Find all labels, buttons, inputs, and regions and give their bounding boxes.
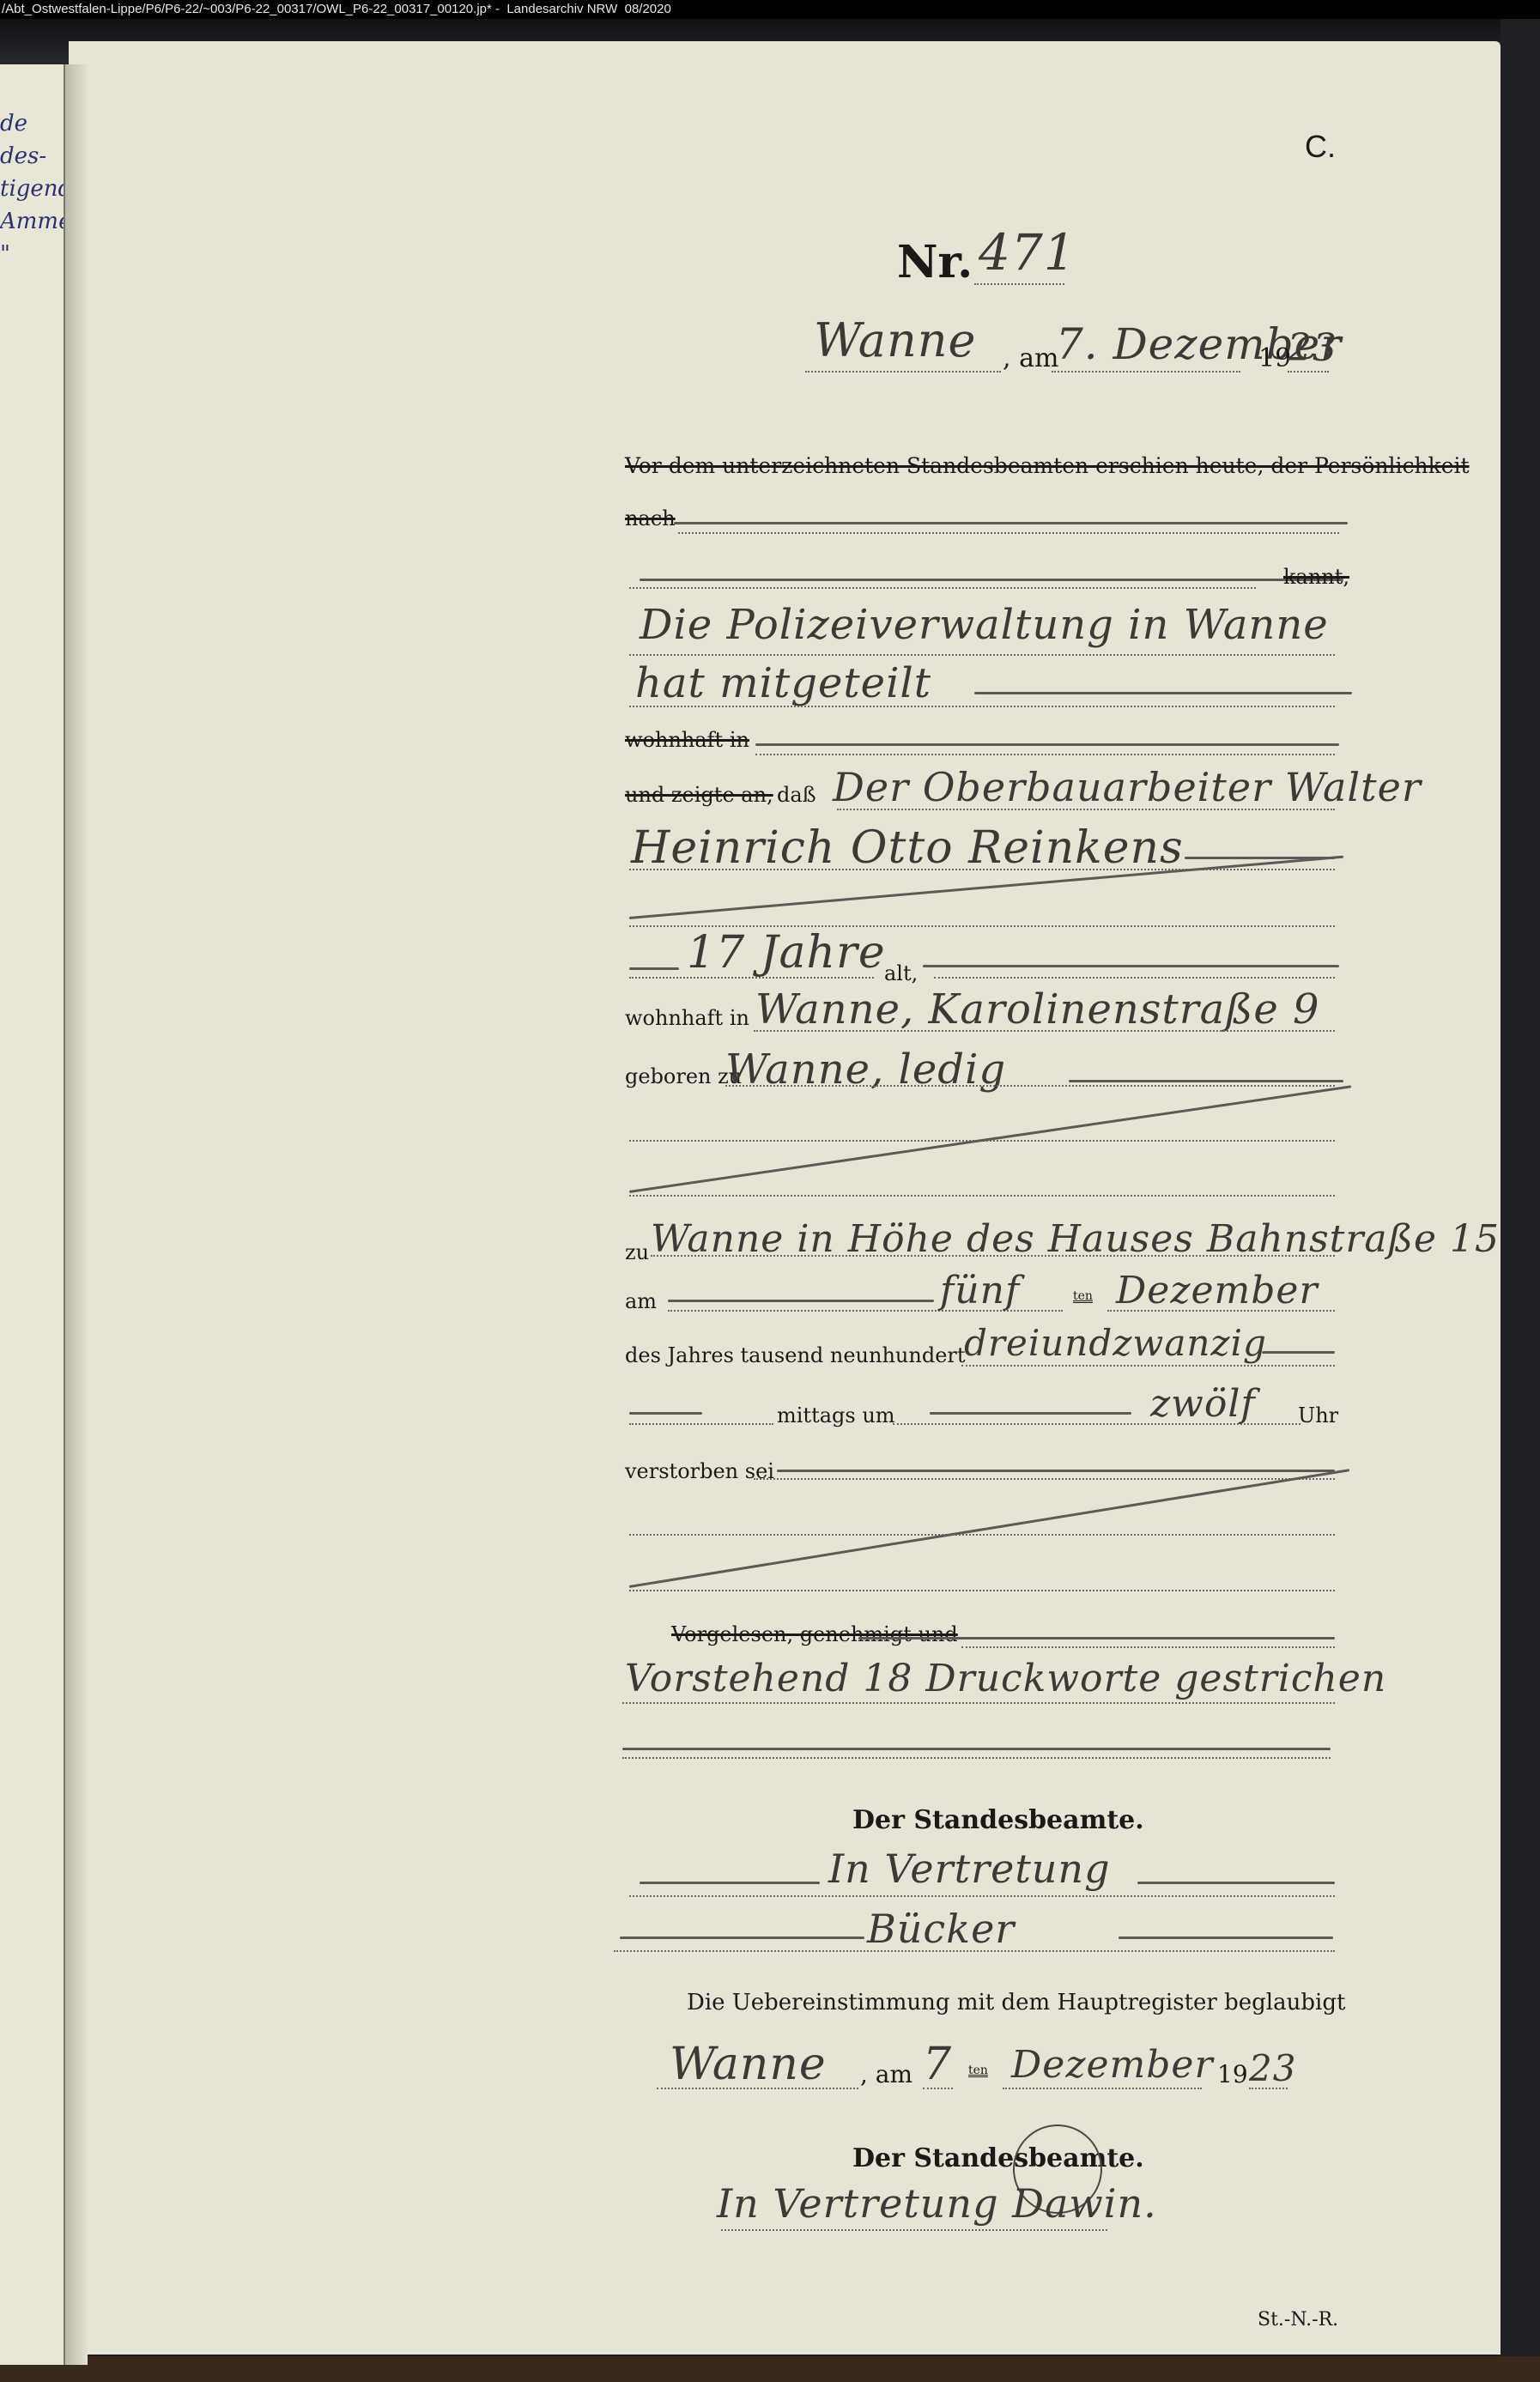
left-margin-line: de [0,107,64,140]
deceased-line-1: Der Oberbauarbeiter Walter [833,764,1422,810]
cert-place: Wanne [670,2039,827,2090]
field-line [1249,2088,1288,2089]
official-title: Der Standesbeamte. [852,1805,1144,1835]
strike-rule [858,1637,1335,1640]
left-margin-line: tigend [0,173,64,205]
field-line [961,1365,1335,1367]
field-line [629,1534,1335,1536]
strike-rule [1119,1937,1333,1939]
field-line [678,532,1339,534]
verstorben-label: verstorben sei [625,1459,774,1483]
informant-line-2: hat mitgeteilt [635,659,931,707]
intro-struck-text: Vor dem unterzeichneten Standesbeamten e… [625,453,1470,478]
field-line [622,1702,1335,1704]
death-year-value: dreiundzwanzig [964,1322,1267,1364]
residence-value: Wanne, Karolinenstraße 9 [755,985,1320,1033]
cert-month: Dezember [1011,2043,1214,2087]
am-date-label: am [625,1289,657,1313]
correction-note: Vorstehend 18 Druckworte gestrichen [625,1657,1386,1700]
field-line [629,977,874,979]
strike-rule [668,1300,934,1302]
ten-label: ten [1073,1289,1093,1303]
strike-rule [674,522,1348,524]
strike-rule [640,1882,820,1884]
death-hour-value: zwölf [1150,1382,1256,1426]
jahres-label: des Jahres tausend neunhundert [625,1343,966,1367]
field-line [754,1030,1335,1032]
cert-year-prefix: 19 [1217,2060,1248,2088]
scan-background-bottom [0,2356,1540,2382]
zu-label: zu [625,1240,649,1264]
field-line [629,869,1335,870]
age-value: 17 Jahre [687,927,886,979]
strike-rule [629,1412,702,1415]
place-field-line [805,371,1001,373]
field-line [725,1085,1335,1087]
field-line [629,654,1335,656]
window-title-bar: /Abt_Ostwestfalen-Lippe/P6/P6-22/~003/P6… [0,0,1540,19]
field-line [961,1646,1335,1648]
date-field-line [1052,371,1240,373]
certification-text: Die Uebereinstimmung mit dem Hauptregist… [687,1990,1345,2015]
strike-rule [640,579,1343,581]
strike-rule [777,1470,1335,1472]
death-month-value: Dezember [1116,1269,1319,1312]
field-line [622,1757,1331,1759]
cert-ten-label: ten [968,2064,988,2077]
left-margin-handwriting: de des- tigend Amme " [0,107,64,270]
field-line [837,809,1335,810]
dass-label: daß [777,783,816,807]
field-line [934,977,1335,979]
cert-signature: In Vertretung Dawin. [717,2180,1157,2227]
field-line [629,1895,1335,1897]
field-line [651,1255,1335,1257]
field-line [1107,1310,1335,1312]
mittags-label: mittags um [777,1403,895,1427]
signature-line-1: In Vertretung [828,1846,1111,1892]
record-number: 471 [979,223,1076,282]
strike-rule [755,743,1339,746]
uhr-label: Uhr [1298,1403,1338,1427]
am-label: , am [1003,343,1058,373]
field-line [629,706,1335,707]
cert-year-suffix: 23 [1249,2047,1296,2089]
form-code: St.-N.-R. [1258,2309,1338,2330]
zeigte-an-struck-label: und zeigte an, [625,783,773,807]
year-prefix: 19 [1258,343,1291,373]
field-line [614,1950,1335,1952]
field-line [629,587,1256,589]
field-line [721,2229,1107,2231]
wohnhaft-struck-label: wohnhaft in [625,728,749,752]
year-suffix: 23 [1288,326,1337,370]
strike-rule [1069,1080,1343,1082]
strike-rule [1262,1351,1335,1354]
vorgelesen-struck-text: Vorgelesen, genehmigt und [671,1622,958,1646]
book-gutter [65,64,88,2365]
strike-rule [930,1412,1131,1415]
informant-line-1: Die Polizeiverwaltung in Wanne [640,601,1329,649]
alt-label: alt, [884,961,918,985]
field-line [754,1478,1335,1480]
nach-struck-label: nach [625,506,676,530]
kannt-struck-label: kannt, [1283,565,1349,589]
strike-rule [622,1748,1331,1750]
deceased-name: Heinrich Otto Reinkens [631,822,1184,874]
scan-background-right [1501,19,1540,2382]
field-line [629,1423,773,1425]
strike-rule [923,965,1339,967]
number-label: Nr. [897,236,973,288]
number-field-line [974,283,1064,285]
wohnhaft-label: wohnhaft in [625,1006,749,1030]
cert-am-label: , am [860,2060,912,2088]
left-margin-line: " [0,238,64,270]
left-margin-line: des- [0,140,64,173]
field-line [629,1195,1335,1197]
corner-mark: C. [1305,129,1336,165]
strike-rule [1137,1882,1335,1884]
death-day-value: fünf [940,1269,1020,1312]
field-line [657,2088,858,2089]
strike-rule [974,692,1352,694]
previous-page-edge [0,64,65,2365]
field-line [755,754,1335,755]
field-line [1003,2088,1202,2089]
geboren-label: geboren zu [625,1064,742,1088]
year-field-line [1288,371,1329,373]
left-margin-line: Amme [0,205,64,238]
registration-place: Wanne [814,313,977,367]
field-line [923,2088,953,2089]
field-line [629,1590,1335,1591]
strike-rule [620,1937,864,1939]
cert-day: 7 [923,2039,952,2090]
signature-line-2: Bücker [867,1906,1015,1952]
strike-rule [629,967,679,970]
